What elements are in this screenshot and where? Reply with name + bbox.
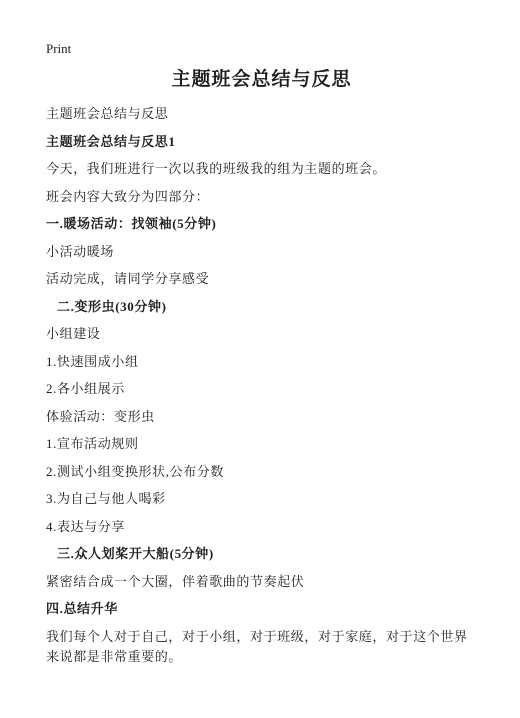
list-item: 1.宣布活动规则 — [46, 434, 477, 454]
list-item: 2.测试小组变换形状,公布分数 — [46, 462, 477, 482]
document-title: 主题班会总结与反思 — [46, 67, 477, 93]
subtitle-line: 主题班会总结与反思 — [46, 104, 477, 124]
body-paragraph: 小活动暖场 — [46, 242, 477, 262]
body-paragraph: 体验活动：变形虫 — [46, 407, 477, 427]
section-heading-1: 一.暖场活动：找领袖(5分钟) — [46, 214, 477, 234]
print-button[interactable]: Print — [46, 41, 71, 57]
overview-paragraph: 班会内容大致分为四部分： — [46, 187, 477, 207]
section-heading-3: 三.众人划桨开大船(5分钟) — [46, 544, 477, 564]
document-page: Print 主题班会总结与反思 主题班会总结与反思 主题班会总结与反思1 今天，… — [0, 0, 520, 718]
list-item: 3.为自己与他人喝彩 — [46, 489, 477, 509]
list-item: 1.快速围成小组 — [46, 352, 477, 372]
section-heading-2: 二.变形虫(30分钟) — [46, 297, 477, 317]
section-heading-4: 四.总结升华 — [46, 599, 477, 619]
intro-paragraph: 今天，我们班进行一次以我的班级我的组为主题的班会。 — [46, 159, 477, 179]
body-paragraph: 活动完成，请同学分享感受 — [46, 269, 477, 289]
subheading-part1: 主题班会总结与反思1 — [46, 132, 477, 152]
closing-paragraph: 我们每个人对于自己，对于小组，对于班级，对于家庭，对于这个世界来说都是非常重要的… — [46, 627, 477, 667]
body-paragraph: 小组建设 — [46, 324, 477, 344]
list-item: 2.各小组展示 — [46, 379, 477, 399]
body-paragraph: 紧密结合成一个大圈，伴着歌曲的节奏起伏 — [46, 572, 477, 592]
document-body: 主题班会总结与反思 主题班会总结与反思1 今天，我们班进行一次以我的班级我的组为… — [46, 104, 477, 667]
list-item: 4.表达与分享 — [46, 517, 477, 537]
